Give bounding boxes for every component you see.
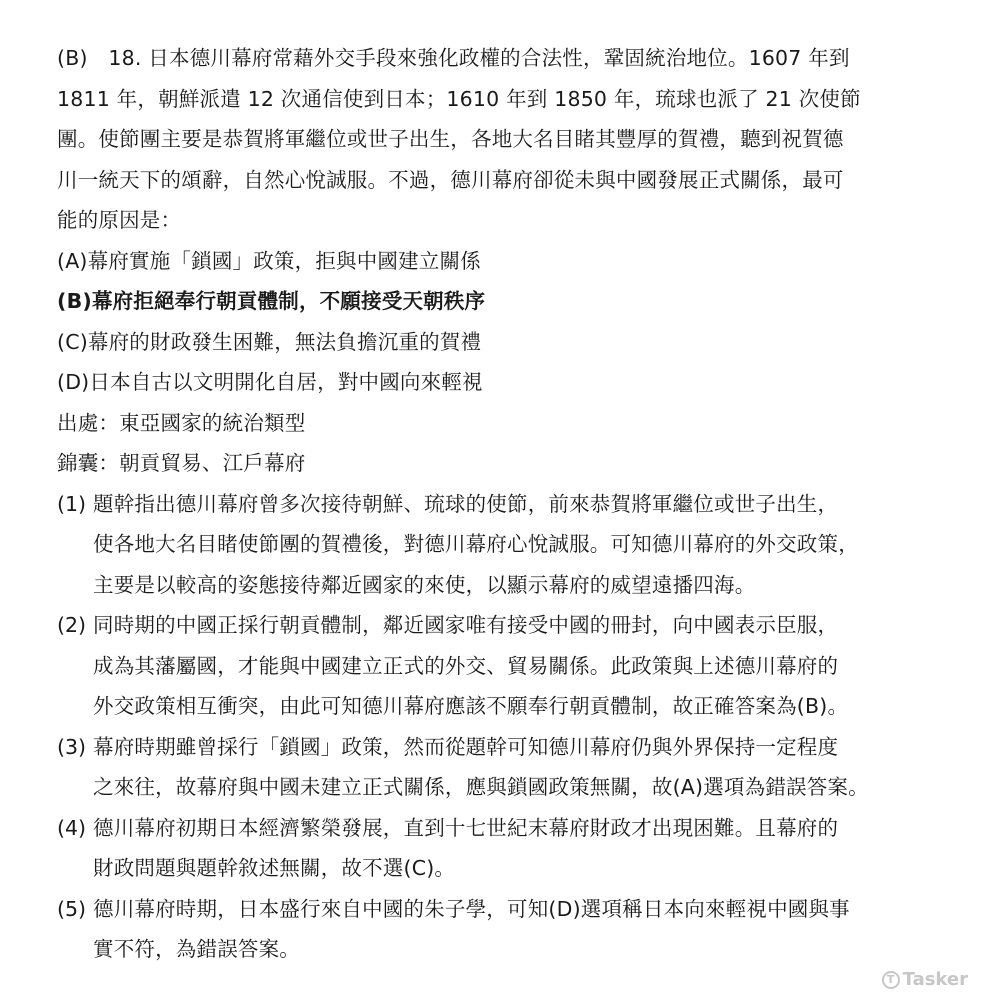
explanation-line: 成為其藩屬國，才能與中國建立正式的外交、貿易關係。此政策與上述德川幕府的 bbox=[93, 646, 947, 687]
tips-line: 錦囊：朝貢貿易、江戶幕府 bbox=[57, 443, 947, 484]
source-line: 出處：東亞國家的統治類型 bbox=[57, 403, 947, 444]
explanation-item: (5) 德川幕府時期，日本盛行來自中國的朱子學，可知(D)選項稱日本向來輕視中國… bbox=[57, 889, 947, 970]
explanation-line: 使各地大名目睹使節團的賀禮後，對德川幕府心悅誠服。可知德川幕府的外交政策， bbox=[93, 524, 947, 565]
explanation-item: (3) 幕府時期雖曾採行「鎖國」政策，然而從題幹可知德川幕府仍與外界保持一定程度… bbox=[57, 727, 947, 808]
question-stem: (B) 18. 日本德川幕府常藉外交手段來強化政權的合法性，鞏固統治地位。160… bbox=[57, 38, 947, 241]
explanation-number: (3) bbox=[57, 727, 93, 808]
option-a: (A)幕府實施「鎖國」政策，拒與中國建立關係 bbox=[57, 241, 947, 282]
explanation-line: 實不符，為錯誤答案。 bbox=[93, 929, 947, 970]
document-body: (B) 18. 日本德川幕府常藉外交手段來強化政權的合法性，鞏固統治地位。160… bbox=[57, 38, 947, 970]
watermark-text: Tasker bbox=[903, 969, 968, 990]
explanation-line: 幕府時期雖曾採行「鎖國」政策，然而從題幹可知德川幕府仍與外界保持一定程度 bbox=[93, 727, 947, 768]
option-b-correct: (B)幕府拒絕奉行朝貢體制，不願接受天朝秩序 bbox=[57, 281, 947, 322]
options-list: (A)幕府實施「鎖國」政策，拒與中國建立關係 (B)幕府拒絕奉行朝貢體制，不願接… bbox=[57, 241, 947, 403]
explanation-line: 財政問題與題幹敘述無關，故不選(C)。 bbox=[93, 848, 947, 889]
explanation-line: 德川幕府時期，日本盛行來自中國的朱子學，可知(D)選項稱日本向來輕視中國與事 bbox=[93, 889, 947, 930]
explanation-number: (1) bbox=[57, 484, 93, 606]
watermark: T Tasker bbox=[882, 969, 968, 990]
explanation-item: (4) 德川幕府初期日本經濟繁榮發展，直到十七世紀末幕府財政才出現困難。且幕府的… bbox=[57, 808, 947, 889]
explanations-list: (1) 題幹指出德川幕府曾多次接待朝鮮、琉球的使節，前來恭賀將軍繼位或世子出生，… bbox=[57, 484, 947, 970]
question-line: 能的原因是： bbox=[57, 200, 947, 241]
explanation-line: 外交政策相互衝突，由此可知德川幕府應該不願奉行朝貢體制，故正確答案為(B)。 bbox=[93, 686, 947, 727]
explanation-number: (4) bbox=[57, 808, 93, 889]
explanation-line: 主要是以較高的姿態接待鄰近國家的來使，以顯示幕府的威望遠播四海。 bbox=[93, 565, 947, 606]
explanation-line: 德川幕府初期日本經濟繁榮發展，直到十七世紀末幕府財政才出現困難。且幕府的 bbox=[93, 808, 947, 849]
question-line: 1811 年，朝鮮派遣 12 次通信使到日本；1610 年到 1850 年，琉球… bbox=[57, 79, 947, 120]
explanation-item: (2) 同時期的中國正採行朝貢體制，鄰近國家唯有接受中國的冊封，向中國表示臣服，… bbox=[57, 605, 947, 727]
option-c: (C)幕府的財政發生困難，無法負擔沉重的賀禮 bbox=[57, 322, 947, 363]
explanation-number: (2) bbox=[57, 605, 93, 727]
question-line: (B) 18. 日本德川幕府常藉外交手段來強化政權的合法性，鞏固統治地位。160… bbox=[57, 38, 947, 79]
question-line: 團。使節團主要是恭賀將軍繼位或世子出生，各地大名目睹其豐厚的賀禮，聽到祝賀德 bbox=[57, 119, 947, 160]
option-d: (D)日本自古以文明開化自居，對中國向來輕視 bbox=[57, 362, 947, 403]
explanation-line: 之來往，故幕府與中國未建立正式關係，應與鎖國政策無關，故(A)選項為錯誤答案。 bbox=[93, 767, 947, 808]
explanation-line: 同時期的中國正採行朝貢體制，鄰近國家唯有接受中國的冊封，向中國表示臣服， bbox=[93, 605, 947, 646]
tasker-logo-icon: T bbox=[882, 971, 900, 989]
explanation-line: 題幹指出德川幕府曾多次接待朝鮮、琉球的使節，前來恭賀將軍繼位或世子出生， bbox=[93, 484, 947, 525]
question-line: 川一統天下的頌辭，自然心悅誠服。不過，德川幕府卻從未與中國發展正式關係，最可 bbox=[57, 160, 947, 201]
explanation-item: (1) 題幹指出德川幕府曾多次接待朝鮮、琉球的使節，前來恭賀將軍繼位或世子出生，… bbox=[57, 484, 947, 606]
explanation-number: (5) bbox=[57, 889, 93, 970]
